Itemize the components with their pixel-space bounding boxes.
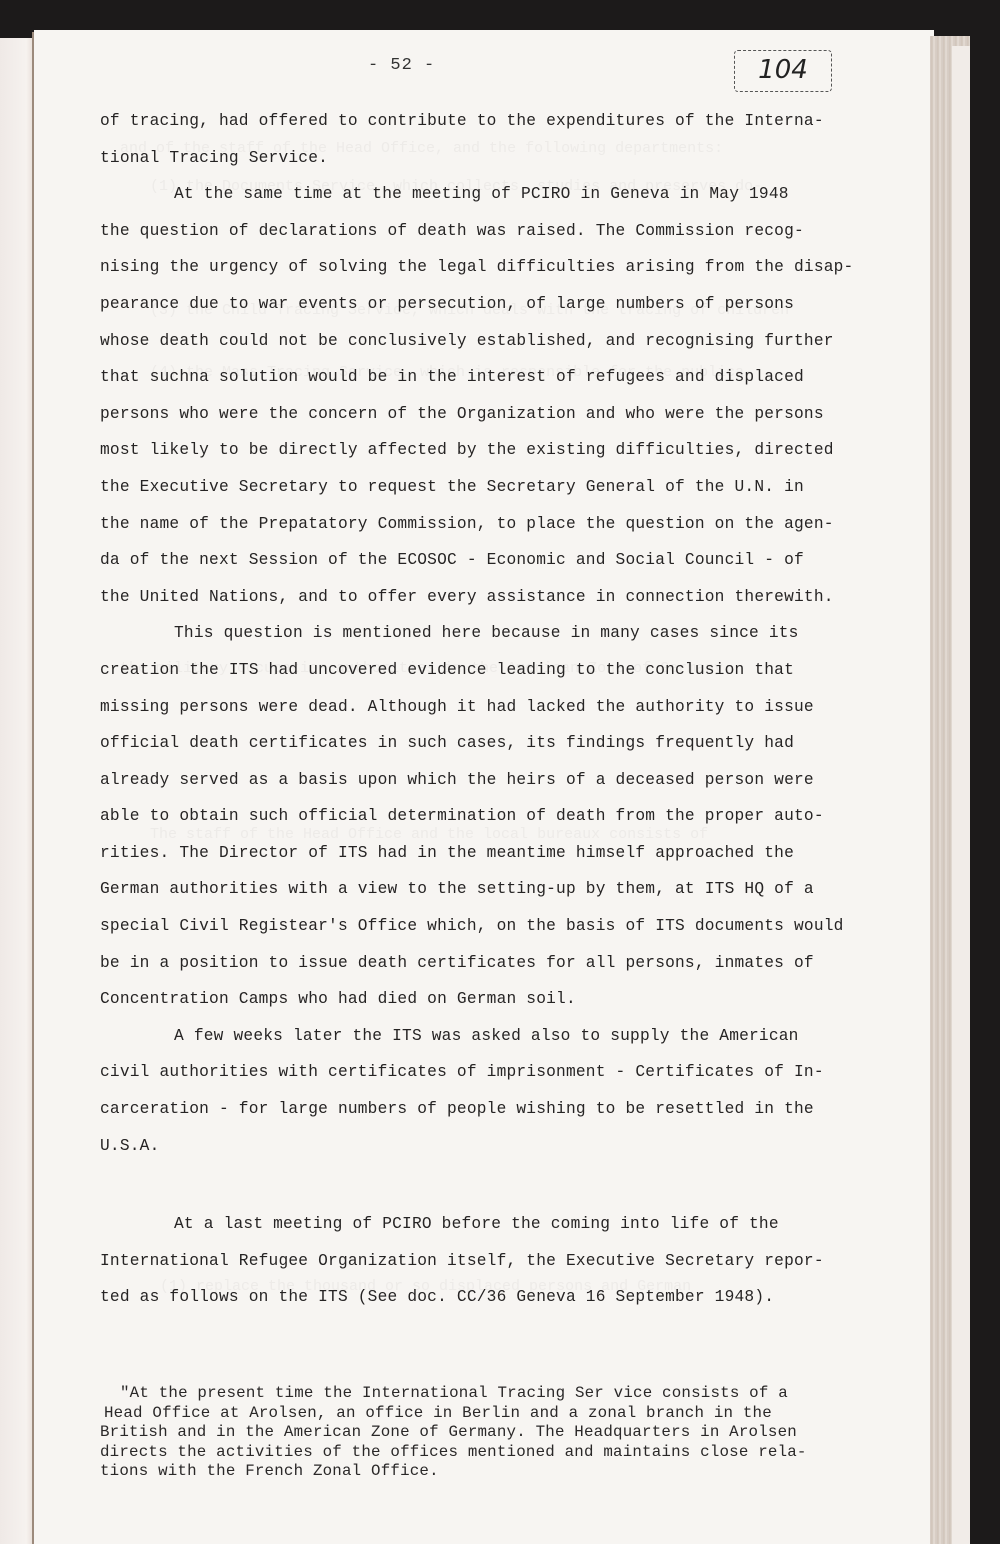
text-line: A few weeks later the ITS was asked also… xyxy=(100,1027,820,1064)
text-line: already served as a basis upon which the… xyxy=(100,771,820,808)
text-line: civil authorities with certificates of i… xyxy=(100,1063,820,1100)
quoted-report: "At the present time the International T… xyxy=(100,1384,820,1482)
page-number: - 52 - xyxy=(368,56,435,75)
text-line: nising the urgency of solving the legal … xyxy=(100,258,820,295)
document-body: of tracing, had offered to contribute to… xyxy=(100,112,820,1325)
text-line: creation the ITS had uncovered evidence … xyxy=(100,661,820,698)
paragraph: of tracing, had offered to contribute to… xyxy=(100,112,820,185)
quote-line: British and in the American Zone of Germ… xyxy=(100,1423,820,1443)
paragraph: This question is mentioned here because … xyxy=(100,624,820,1027)
text-line: of tracing, had offered to contribute to… xyxy=(100,112,820,149)
text-line: German authorities with a view to the se… xyxy=(100,880,820,917)
text-line: the question of declarations of death wa… xyxy=(100,222,820,259)
background xyxy=(972,0,1000,1544)
quote-line: tions with the French Zonal Office. xyxy=(100,1462,820,1482)
paragraph: At the same time at the meeting of PCIRO… xyxy=(100,185,820,624)
archive-page-stamp: 104 xyxy=(734,50,832,92)
text-line: tional Tracing Service. xyxy=(100,149,820,186)
text-line: rities. The Director of ITS had in the m… xyxy=(100,844,820,881)
quote-line: Head Office at Arolsen, an office in Ber… xyxy=(100,1404,820,1424)
text-line: the Executive Secretary to request the S… xyxy=(100,478,820,515)
text-line: da of the next Session of the ECOSOC - E… xyxy=(100,551,820,588)
text-line: most likely to be directly affected by t… xyxy=(100,441,820,478)
spacer xyxy=(100,1173,820,1215)
text-line: Concentration Camps who had died on Germ… xyxy=(100,990,820,1027)
text-line: special Civil Registear's Office which, … xyxy=(100,917,820,954)
text-line: International Refugee Organization itsel… xyxy=(100,1252,820,1289)
text-line: At the same time at the meeting of PCIRO… xyxy=(100,185,820,222)
text-line: missing persons were dead. Although it h… xyxy=(100,698,820,735)
text-line: This question is mentioned here because … xyxy=(100,624,820,661)
text-line: pearance due to war events or persecutio… xyxy=(100,295,820,332)
quote-line: "At the present time the International T… xyxy=(100,1384,820,1404)
text-line: ted as follows on the ITS (See doc. CC/3… xyxy=(100,1288,820,1325)
adjacent-page xyxy=(0,38,33,1544)
text-line: the name of the Prepatatory Commission, … xyxy=(100,515,820,552)
text-line: U.S.A. xyxy=(100,1137,820,1174)
text-line: At a last meeting of PCIRO before the co… xyxy=(100,1215,820,1252)
text-line: that suchna solution would be in the int… xyxy=(100,368,820,405)
underlying-page xyxy=(952,46,970,1544)
paragraph: At a last meeting of PCIRO before the co… xyxy=(100,1215,820,1325)
paragraph: A few weeks later the ITS was asked also… xyxy=(100,1027,820,1173)
quote-line: directs the activities of the offices me… xyxy=(100,1443,820,1463)
text-line: able to obtain such official determinati… xyxy=(100,807,820,844)
text-line: be in a position to issue death certific… xyxy=(100,954,820,991)
text-line: the United Nations, and to offer every a… xyxy=(100,588,820,625)
text-line: persons who were the concern of the Orga… xyxy=(100,405,820,442)
text-line: whose death could not be conclusively es… xyxy=(100,332,820,369)
text-line: carceration - for large numbers of peopl… xyxy=(100,1100,820,1137)
text-line: official death certificates in such case… xyxy=(100,734,820,771)
